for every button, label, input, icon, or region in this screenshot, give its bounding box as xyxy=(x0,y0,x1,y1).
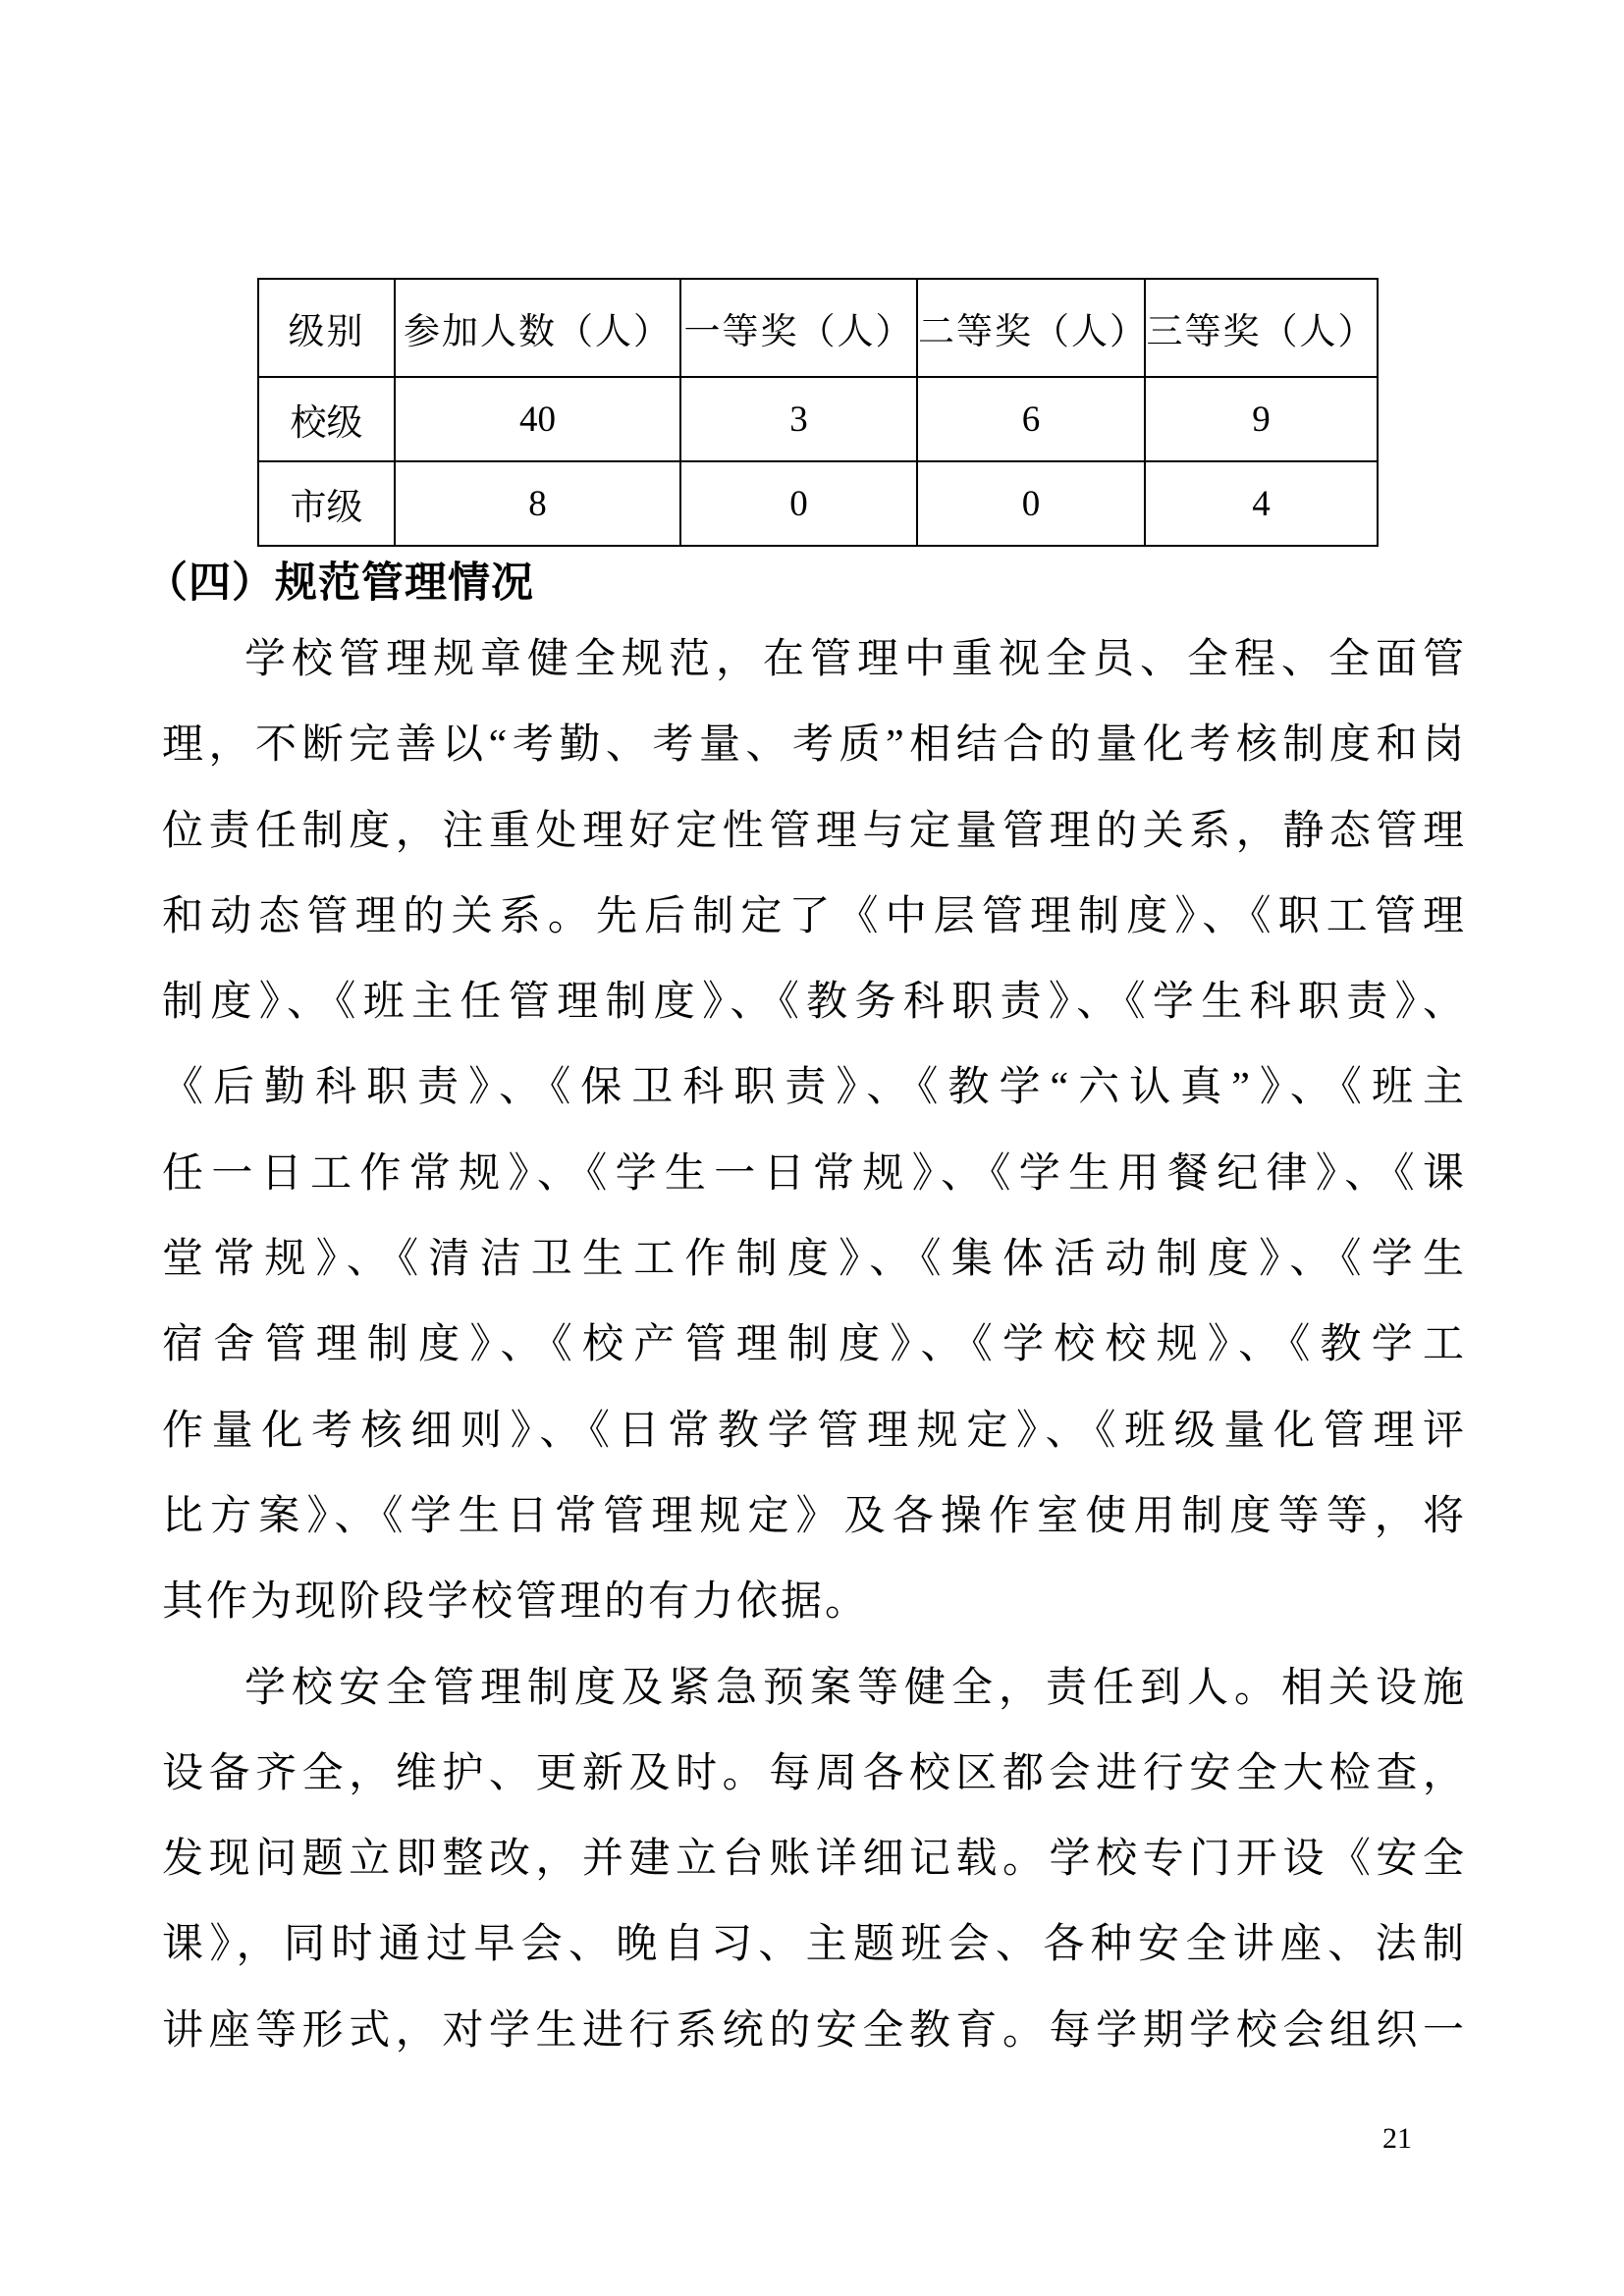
paragraph1-line: 理，不断完善以“考勤、考量、考质”相结合的量化考核制度和岗 xyxy=(162,703,1464,788)
paragraph1-line: 作量化考核细则》、《日常教学管理规定》、《班级量化管理评 xyxy=(162,1389,1464,1474)
page-number: 21 xyxy=(1382,2122,1412,2156)
award-table-container: 级别 参加人数（人） 一等奖（人） 二等奖（人） 三等奖（人） 校级 40 3 … xyxy=(257,278,1377,547)
cell-level: 校级 xyxy=(258,377,395,461)
header-cell-second-prize: 二等奖（人） xyxy=(917,279,1145,377)
table-row-school-level: 校级 40 3 6 9 xyxy=(258,377,1378,461)
cell-level: 市级 xyxy=(258,461,395,546)
body-text-block: 学校管理规章健全规范，在管理中重视全员、全程、全面管 理，不断完善以“考勤、考量… xyxy=(162,617,1464,2074)
table-row-city-level: 市级 8 0 0 4 xyxy=(258,461,1378,546)
paragraph2-line: 发现问题立即整改，并建立台账详细记载。学校专门开设《安全 xyxy=(162,1817,1464,1902)
paragraph1-line: 堂常规》、《清洁卫生工作制度》、《集体活动制度》、《学生 xyxy=(162,1217,1464,1303)
paragraph1-line: 《后勤科职责》、《保卫科职责》、《教学“六认真”》、《班主 xyxy=(162,1045,1464,1131)
paragraph1-line: 其作为现阶段学校管理的有力依据。 xyxy=(162,1560,1464,1645)
paragraph1-line: 制度》、《班主任管理制度》、《教务科职责》、《学生科职责》、 xyxy=(162,960,1464,1045)
paragraph2-line: 学校安全管理制度及紧急预案等健全，责任到人。相关设施 xyxy=(162,1646,1464,1732)
paragraph2-line: 设备齐全，维护、更新及时。每周各校区都会进行安全大检查， xyxy=(162,1732,1464,1817)
header-cell-first-prize: 一等奖（人） xyxy=(680,279,917,377)
paragraph1-line: 和动态管理的关系。先后制定了《中层管理制度》、《职工管理 xyxy=(162,875,1464,960)
award-statistics-table: 级别 参加人数（人） 一等奖（人） 二等奖（人） 三等奖（人） 校级 40 3 … xyxy=(257,278,1379,547)
cell-second-prize: 6 xyxy=(917,377,1145,461)
cell-second-prize: 0 xyxy=(917,461,1145,546)
paragraph1-line: 宿舍管理制度》、《校产管理制度》、《学校校规》、《教学工 xyxy=(162,1303,1464,1388)
paragraph1-line: 任一日工作常规》、《学生一日常规》、《学生用餐纪律》、《课 xyxy=(162,1132,1464,1217)
paragraph1-line: 位责任制度，注重处理好定性管理与定量管理的关系，静态管理 xyxy=(162,789,1464,875)
paragraph2-line: 课》，同时通过早会、晚自习、主题班会、各种安全讲座、法制 xyxy=(162,1902,1464,1988)
cell-third-prize: 9 xyxy=(1145,377,1378,461)
header-cell-third-prize: 三等奖（人） xyxy=(1145,279,1378,377)
table-header-row: 级别 参加人数（人） 一等奖（人） 二等奖（人） 三等奖（人） xyxy=(258,279,1378,377)
header-cell-participants: 参加人数（人） xyxy=(395,279,680,377)
paragraph2-line: 讲座等形式，对学生进行系统的安全教育。每学期学校会组织一 xyxy=(162,1989,1464,2074)
section-heading: （四）规范管理情况 xyxy=(145,550,534,610)
cell-third-prize: 4 xyxy=(1145,461,1378,546)
paragraph1-line: 比方案》、《学生日常管理规定》及各操作室使用制度等等，将 xyxy=(162,1474,1464,1560)
cell-participants: 8 xyxy=(395,461,680,546)
paragraph1-line: 学校管理规章健全规范，在管理中重视全员、全程、全面管 xyxy=(162,617,1464,703)
cell-first-prize: 0 xyxy=(680,461,917,546)
header-cell-level: 级别 xyxy=(258,279,395,377)
cell-participants: 40 xyxy=(395,377,680,461)
cell-first-prize: 3 xyxy=(680,377,917,461)
document-page: 级别 参加人数（人） 一等奖（人） 二等奖（人） 三等奖（人） 校级 40 3 … xyxy=(0,0,1624,2296)
